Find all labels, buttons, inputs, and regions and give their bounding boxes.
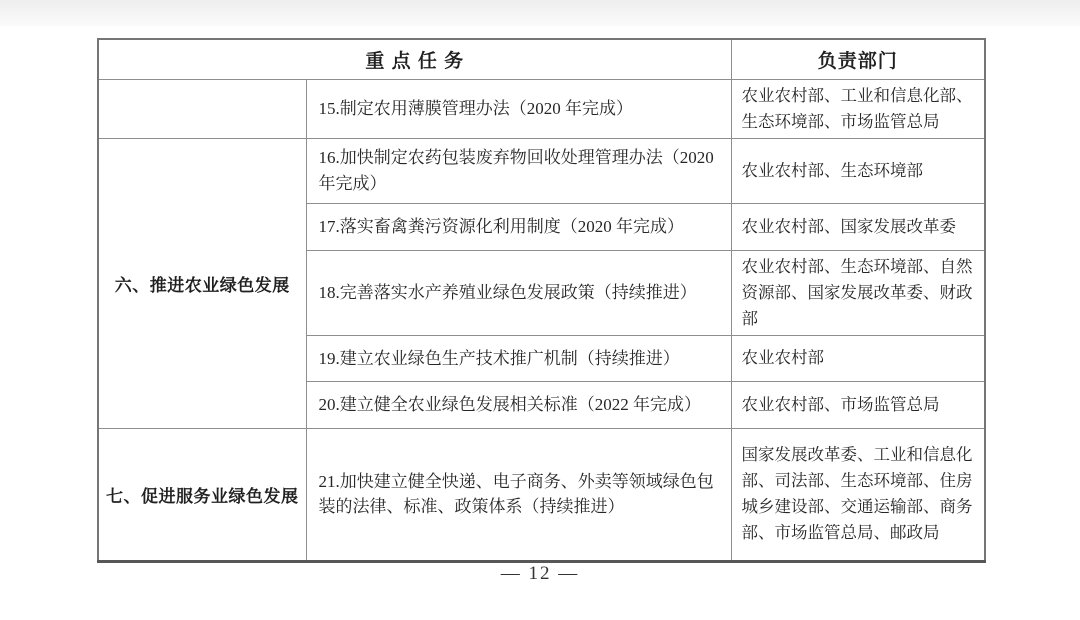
category-cell-section-7: 七、促进服务业绿色发展: [98, 428, 306, 561]
department-cell-20: 农业农村部、市场监管总局: [731, 381, 985, 428]
category-cell-section-6: 六、推进农业绿色发展: [98, 138, 306, 428]
task-cell-21: 21.加快建立健全快递、电子商务、外卖等领域绿色包装的法律、标准、政策体系（持续…: [306, 428, 731, 561]
table-row: 七、促进服务业绿色发展 21.加快建立健全快递、电子商务、外卖等领域绿色包装的法…: [98, 428, 985, 561]
task-cell-19: 19.建立农业绿色生产技术推广机制（持续推进）: [306, 335, 731, 381]
department-cell-17: 农业农村部、国家发展改革委: [731, 203, 985, 250]
department-cell-16: 农业农村部、生态环境部: [731, 138, 985, 203]
category-cell-empty: [98, 79, 306, 138]
header-key-tasks: 重 点 任 务: [98, 39, 731, 79]
table-header-row: 重 点 任 务 负责部门: [98, 39, 985, 79]
key-tasks-table: 重 点 任 务 负责部门 15.制定农用薄膜管理办法（2020 年完成） 农业农…: [97, 38, 986, 563]
table-row: 15.制定农用薄膜管理办法（2020 年完成） 农业农村部、工业和信息化部、生态…: [98, 79, 985, 138]
department-cell-21: 国家发展改革委、工业和信息化部、司法部、生态环境部、住房城乡建设部、交通运输部、…: [731, 428, 985, 561]
task-cell-18: 18.完善落实水产养殖业绿色发展政策（持续推进）: [306, 250, 731, 335]
task-cell-15: 15.制定农用薄膜管理办法（2020 年完成）: [306, 79, 731, 138]
department-cell-19: 农业农村部: [731, 335, 985, 381]
page-number: — 12 —: [0, 563, 1080, 585]
table-row: 六、推进农业绿色发展 16.加快制定农药包装废弃物回收处理管理办法（2020 年…: [98, 138, 985, 203]
header-departments: 负责部门: [731, 39, 985, 79]
task-cell-17: 17.落实畜禽粪污资源化利用制度（2020 年完成）: [306, 203, 731, 250]
page-top-edge: [0, 0, 1080, 26]
department-cell-18: 农业农村部、生态环境部、自然资源部、国家发展改革委、财政部: [731, 250, 985, 335]
task-cell-16: 16.加快制定农药包装废弃物回收处理管理办法（2020 年完成）: [306, 138, 731, 203]
task-cell-20: 20.建立健全农业绿色发展相关标准（2022 年完成）: [306, 381, 731, 428]
department-cell-15: 农业农村部、工业和信息化部、生态环境部、市场监管总局: [731, 79, 985, 138]
